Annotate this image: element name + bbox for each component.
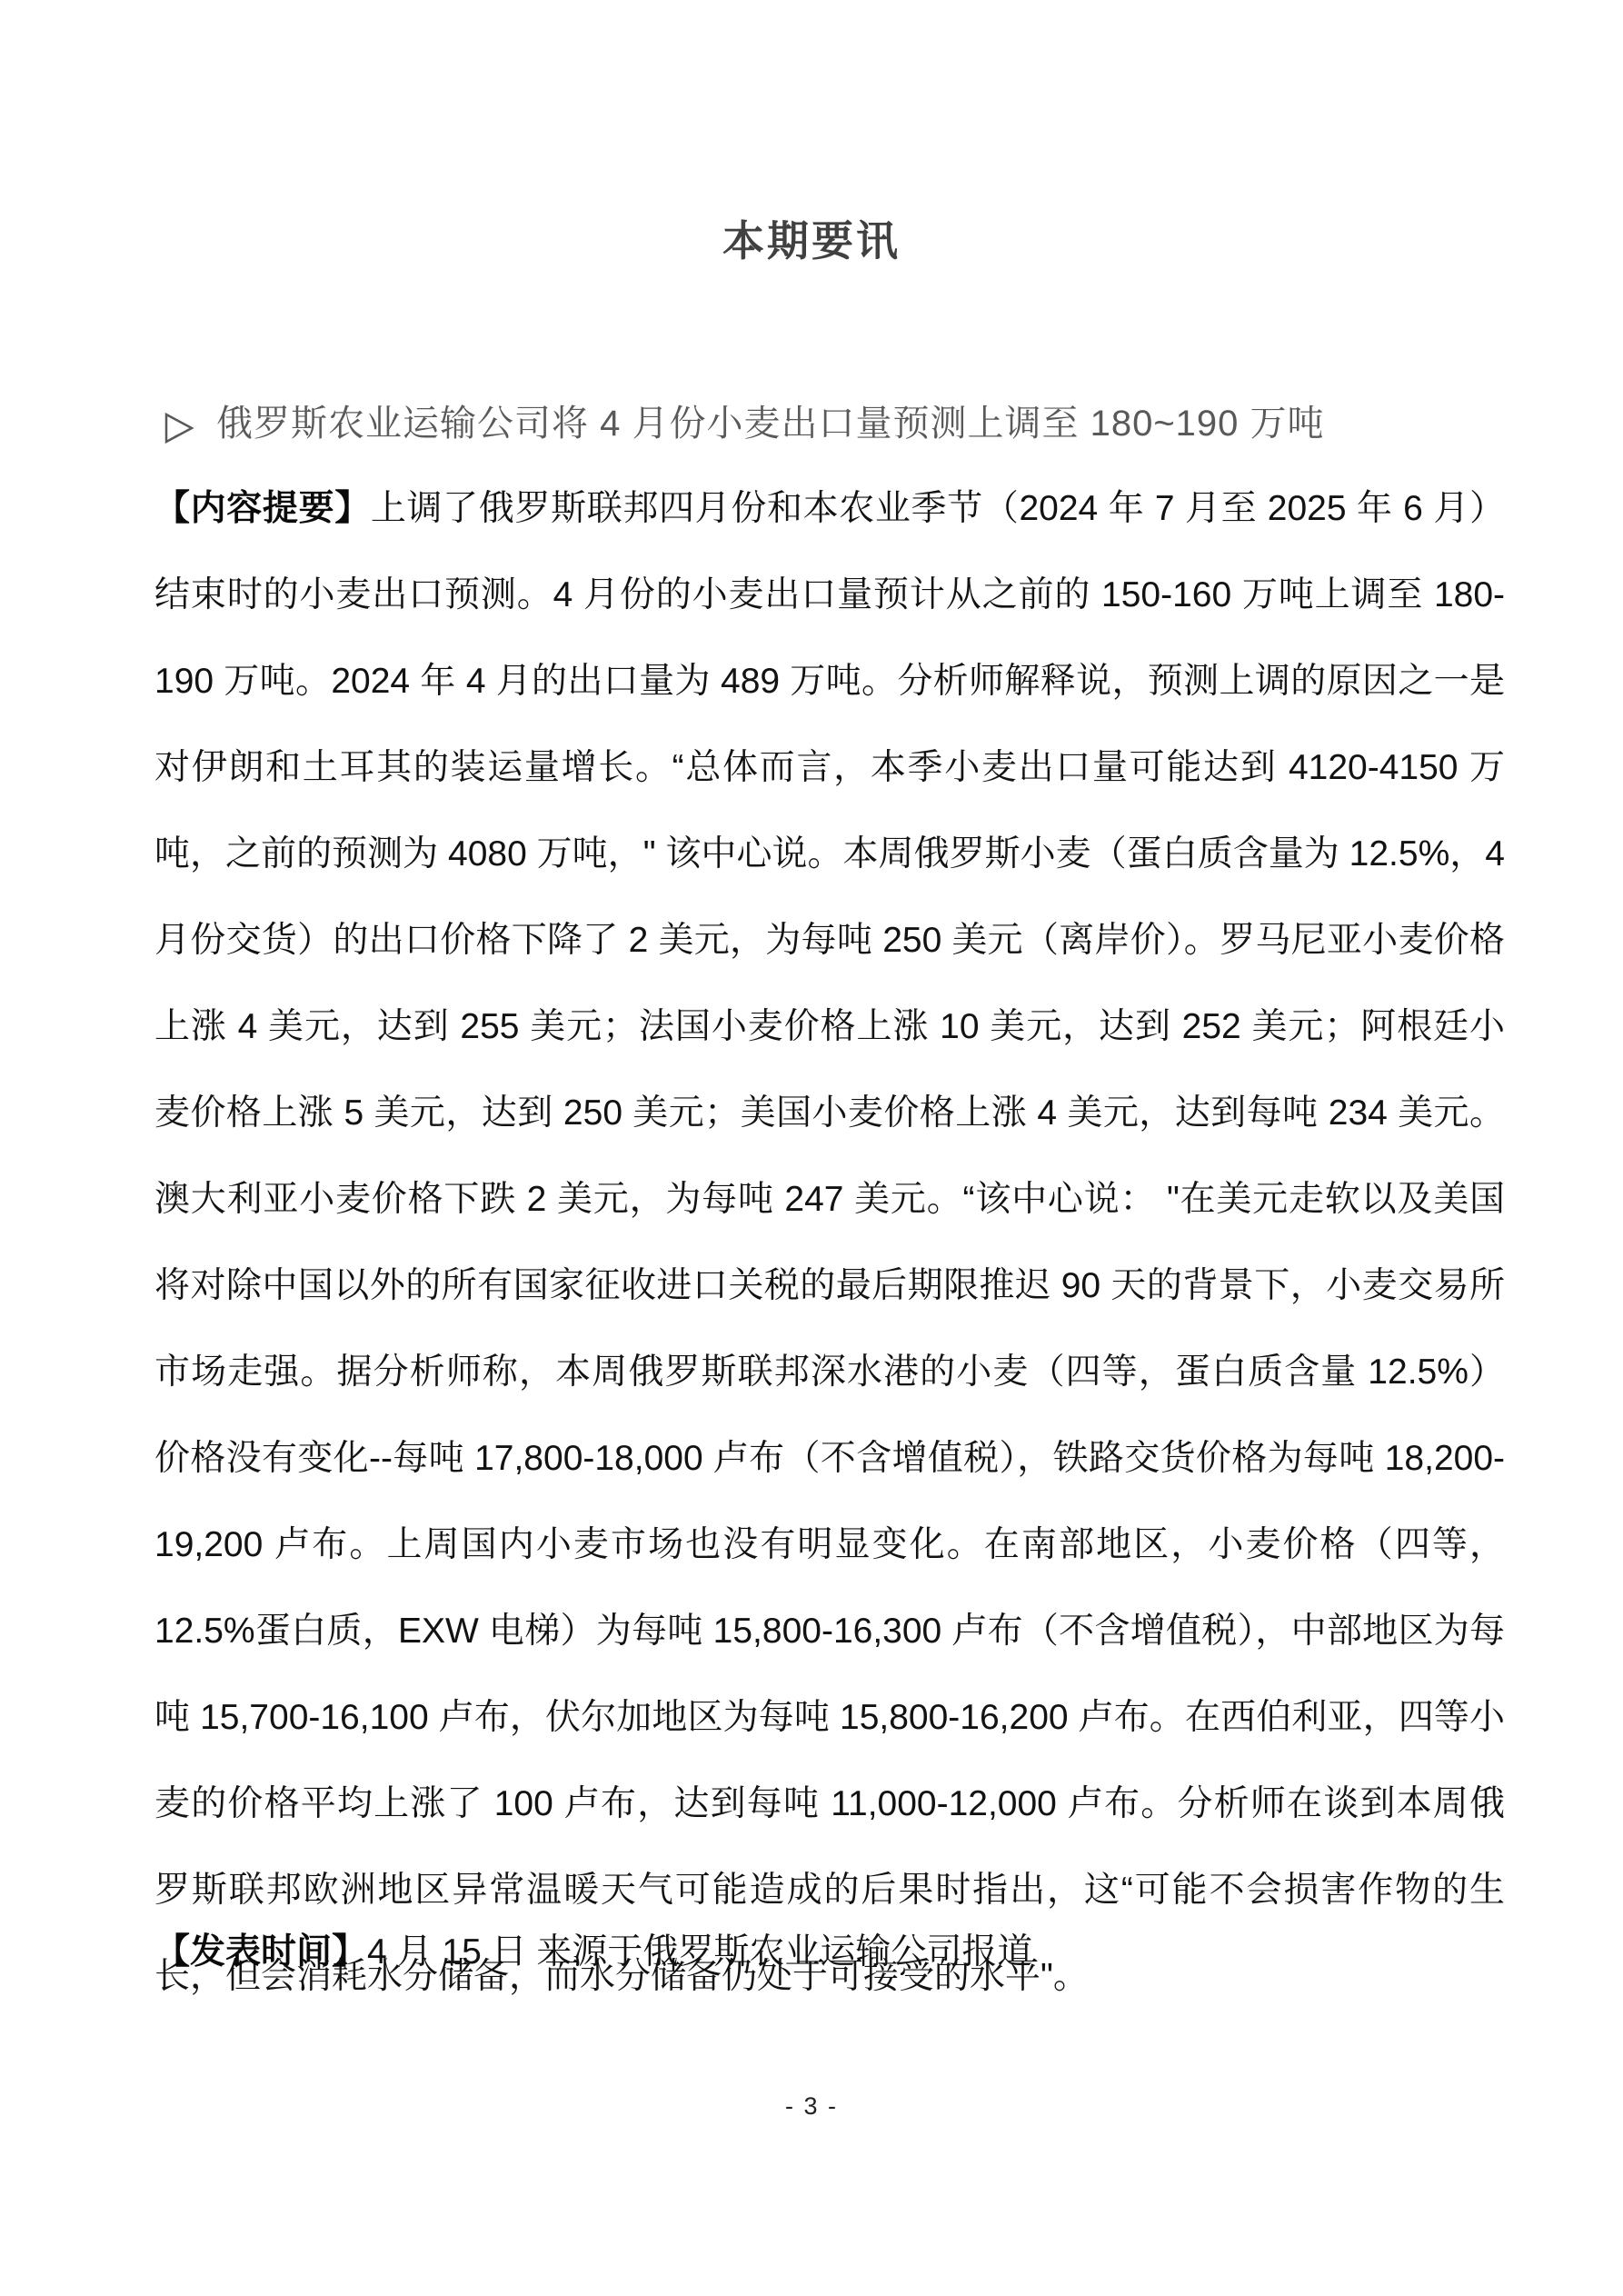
arrowhead-bullet-icon (164, 407, 194, 440)
summary-label: 【内容提要】 (154, 489, 371, 528)
article-headline-row: 俄罗斯农业运输公司将 4 月份小麦出口量预测上调至 180~190 万吨 (164, 398, 1514, 449)
article-headline: 俄罗斯农业运输公司将 4 月份小麦出口量预测上调至 180~190 万吨 (216, 398, 1325, 449)
summary-text: 上调了俄罗斯联邦四月份和本农业季节（2024 年 7 月至 2025 年 6 月… (154, 489, 1505, 1996)
publish-label: 【发表时间】 (154, 1932, 367, 1972)
page-number: - 3 - (0, 2091, 1623, 2121)
page-title: 本期要讯 (0, 213, 1623, 269)
publish-text: 4 月 15 日 来源于俄罗斯农业运输公司报道 (367, 1932, 1032, 1972)
publish-line: 【发表时间】4 月 15 日 来源于俄罗斯农业运输公司报道 (154, 1909, 1505, 1995)
summary-paragraph: 【内容提要】上调了俄罗斯联邦四月份和本农业季节（2024 年 7 月至 2025… (154, 465, 1505, 2020)
document-page: 本期要讯 俄罗斯农业运输公司将 4 月份小麦出口量预测上调至 180~190 万… (0, 0, 1623, 2296)
